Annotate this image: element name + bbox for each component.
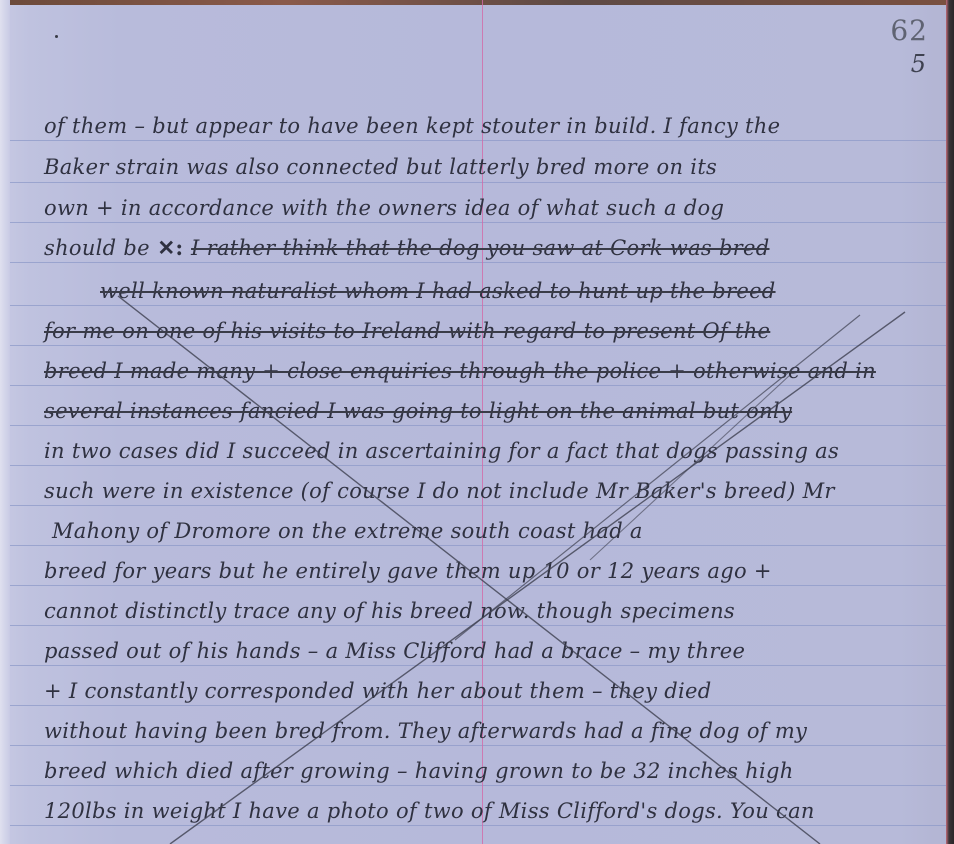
handwritten-line: without having been bred from. They afte… [44, 716, 924, 746]
ink-dot [55, 35, 58, 38]
handwritten-line: such were in existence (of course I do n… [44, 476, 924, 506]
handwritten-line: of them – but appear to have been kept s… [44, 111, 924, 141]
handwritten-line: Mahony of Dromore on the extreme south c… [52, 516, 932, 546]
handwritten-line: passed out of his hands – a Miss Cliffor… [44, 636, 924, 666]
handwritten-text: should be [44, 236, 150, 260]
insertion-mark: ✕: [150, 235, 191, 260]
handwritten-line: in two cases did I succeed in ascertaini… [44, 436, 924, 466]
handwritten-line-struck: for me on one of his visits to Ireland w… [44, 316, 924, 346]
folio-sub-number: 5 [911, 50, 926, 78]
struck-text: I rather think that the dog you saw at C… [191, 236, 769, 260]
ruled-line [10, 182, 946, 183]
handwritten-line-with-insertion: should be ✕: I rather think that the dog… [44, 233, 924, 263]
handwritten-line: + I constantly corresponded with her abo… [44, 676, 924, 706]
handwritten-line: breed which died after growing – having … [44, 756, 924, 786]
page-left-gutter [0, 0, 10, 844]
handwritten-line: own + in accordance with the owners idea… [44, 193, 924, 223]
handwritten-line: cannot distinctly trace any of his breed… [44, 596, 924, 626]
manuscript-page: 62 5 of them – but appear to have been k… [0, 0, 954, 844]
handwritten-line: 120lbs in weight I have a photo of two o… [44, 796, 924, 826]
page-binding-edge [946, 0, 954, 844]
handwritten-line-struck: breed I made many + close enquiries thro… [44, 356, 924, 386]
page-top-edge [0, 0, 954, 5]
handwritten-line: Baker strain was also connected but latt… [44, 152, 924, 182]
handwritten-line: breed for years but he entirely gave the… [44, 556, 924, 586]
handwritten-line-struck: several instances fancied I was going to… [44, 396, 924, 426]
folio-number: 62 [890, 14, 928, 47]
handwritten-line-struck: well known naturalist whom I had asked t… [100, 276, 954, 306]
